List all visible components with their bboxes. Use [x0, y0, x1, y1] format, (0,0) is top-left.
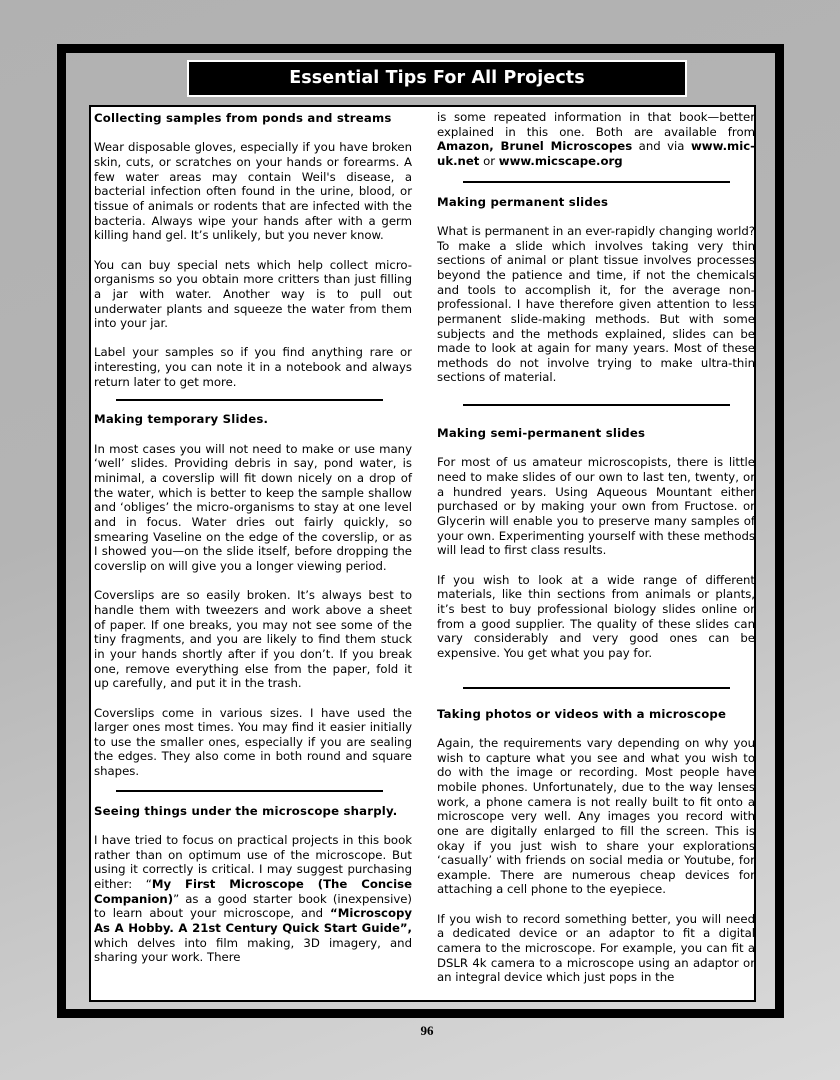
section-heading-seeing-sharply: Seeing things under the microscope sharp…: [94, 804, 412, 819]
page-number: 96: [0, 1023, 840, 1039]
section-heading-permanent-slides: Making permanent slides: [437, 195, 755, 210]
section-divider: [116, 790, 383, 792]
paragraph: You can buy special nets which help coll…: [94, 258, 412, 331]
paragraph: Again, the requirements vary depending o…: [437, 736, 755, 897]
section-divider: [463, 404, 730, 406]
right-column: is some repeated information in that boo…: [437, 110, 755, 985]
section-divider: [116, 399, 383, 401]
paragraph-book-recommendations: I have tried to focus on practical proje…: [94, 833, 412, 965]
paragraph: If you wish to look at a wide range of d…: [437, 573, 755, 661]
vendor-names: Amazon, Brunel Microscopes: [437, 139, 632, 153]
text: and via: [632, 139, 691, 153]
text: is some repeated information in that boo…: [437, 110, 755, 139]
paragraph-continuation: is some repeated information in that boo…: [437, 110, 755, 169]
text: which delves into film making, 3D imager…: [94, 936, 412, 965]
section-divider: [463, 181, 730, 183]
paragraph: For most of us amateur microscopists, th…: [437, 455, 755, 558]
section-heading-collecting-samples: Collecting samples from ponds and stream…: [94, 111, 412, 126]
content-box: Collecting samples from ponds and stream…: [89, 105, 756, 1002]
paragraph: Label your samples so if you find anythi…: [94, 345, 412, 389]
section-heading-photos-videos: Taking photos or videos with a microscop…: [437, 707, 755, 722]
page-title: Essential Tips For All Projects: [187, 60, 687, 97]
section-heading-temporary-slides: Making temporary Slides.: [94, 412, 412, 427]
paragraph: If you wish to record something better, …: [437, 912, 755, 985]
section-divider: [463, 687, 730, 689]
paragraph: Wear disposable gloves, especially if yo…: [94, 140, 412, 243]
paragraph: Coverslips come in various sizes. I have…: [94, 706, 412, 779]
section-heading-semi-permanent-slides: Making semi-permanent slides: [437, 426, 755, 441]
paragraph: Coverslips are so easily broken. It’s al…: [94, 588, 412, 691]
paragraph: In most cases you will not need to make …: [94, 442, 412, 574]
text: or: [479, 154, 498, 168]
link-micscape[interactable]: www.micscape.org: [499, 154, 623, 168]
paragraph: What is permanent in an ever-rapidly cha…: [437, 224, 755, 385]
left-column: Collecting samples from ponds and stream…: [94, 111, 412, 965]
